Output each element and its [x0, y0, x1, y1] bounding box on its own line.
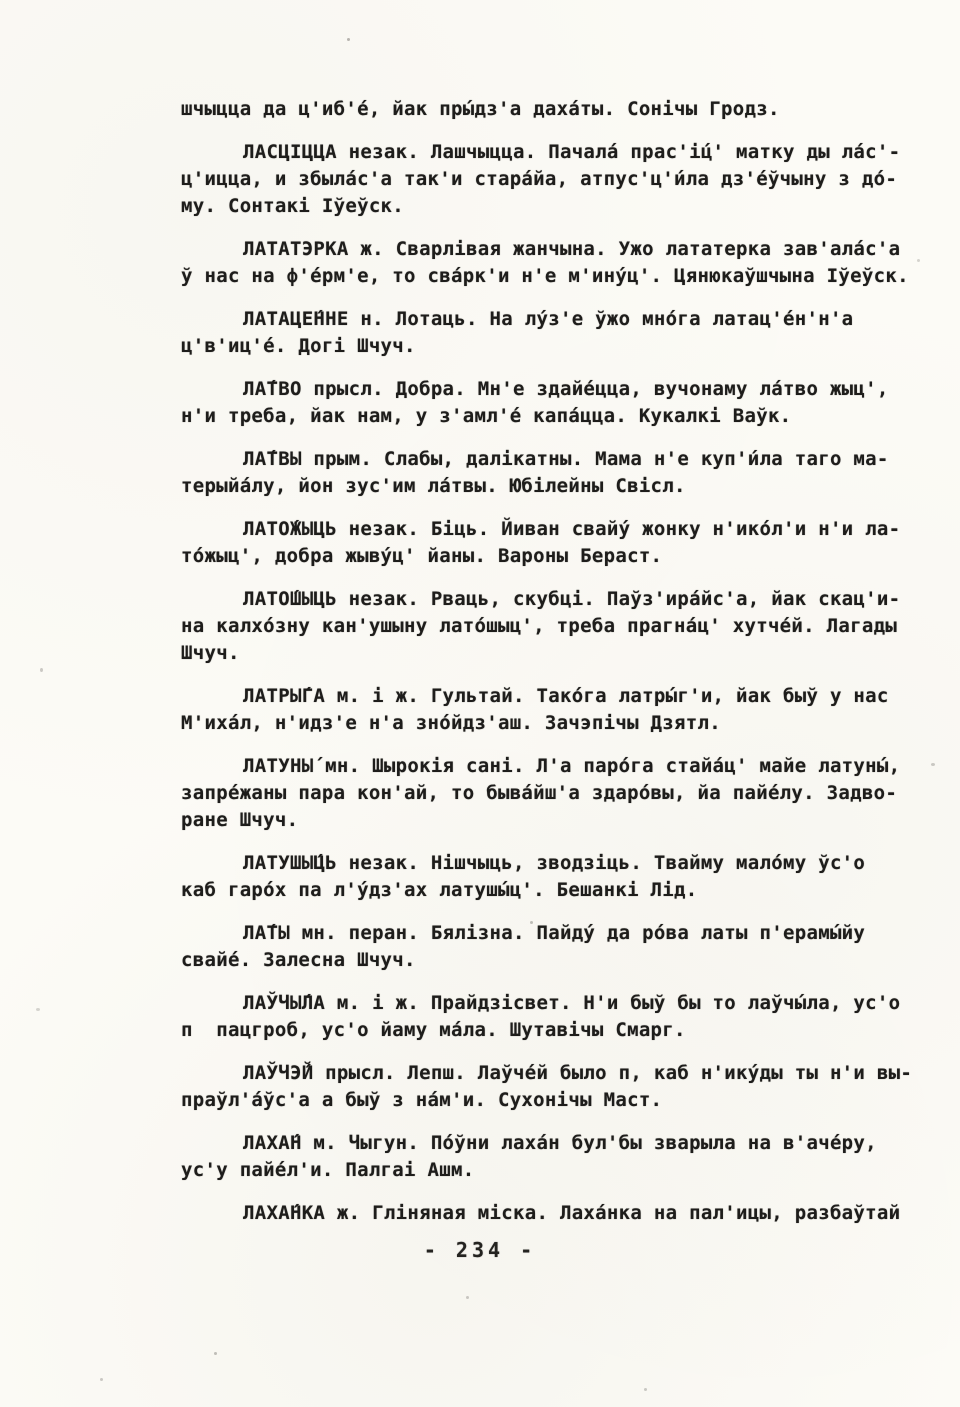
text-line: ЛАТРЫ́ГА м. і ж. Гультай. Тако́га латры́… — [181, 683, 941, 710]
paper-speck — [36, 1008, 40, 1011]
text-line: ЛАТАТЭРКА ж. Сварлівая жанчына. Ужо лата… — [181, 236, 941, 263]
text-line: Шчуч. — [181, 640, 941, 667]
dictionary-entry: ЛА́ТВО прысл. Добра. Мн'е здайе́цца, вуч… — [181, 376, 941, 430]
text-line: то́жыц', добра жыву́ц' йаны. Вароны Бера… — [181, 543, 941, 570]
dictionary-entry: ЛАТО́ЖЫЦЬ незак. Біць. Йиван свайу́ жонк… — [181, 516, 941, 570]
text-line: ЛА́ТЫ мн. перан. Бялізна. Пайду́ да ро́в… — [181, 920, 941, 947]
scanned-dictionary-page: шчыцца да ц'иб'е́, йак пры́дз'а даха́ты.… — [0, 0, 960, 1407]
paper-speck — [100, 1378, 103, 1381]
text-line: терыйа́лу, йон зус'им ла́твы. Юбілейны С… — [181, 473, 941, 500]
paper-speck — [347, 38, 350, 41]
paper-speck — [40, 668, 43, 672]
text-line: н'и треба, йак нам, у з'амл'е́ капа́цца.… — [181, 403, 941, 430]
dictionary-entry: ЛАСЦІЦЦА незак. Лашчыцца. Пачала́ прас'і… — [181, 139, 941, 220]
text-line: ЛАХА́Н м. Чыгун. По́ўни лаха́н бул'бы зв… — [181, 1130, 941, 1157]
text-line: ЛАТО́ШЫЦЬ незак. Рваць, скубці. Паўз'ира… — [181, 586, 941, 613]
paper-speck — [214, 1352, 217, 1355]
paper-speck — [644, 1388, 647, 1391]
text-line: ц'в'иц'е́. Догі Шчуч. — [181, 333, 941, 360]
text-line: ЛАТУШЫ́ЦЬ незак. Нішчыць, зводзіць. Твай… — [181, 850, 941, 877]
text-line: ЛА́ТВЫ прым. Слабы, далікатны. Мама н'е … — [181, 446, 941, 473]
dictionary-entry: ЛАТАТЭРКА ж. Сварлівая жанчына. Ужо лата… — [181, 236, 941, 290]
dictionary-entry: ЛАТО́ШЫЦЬ незак. Рваць, скубці. Паўз'ира… — [181, 586, 941, 667]
dictionary-entry: ЛАХА́Н м. Чыгун. По́ўни лаха́н бул'бы зв… — [181, 1130, 941, 1184]
dictionary-entry: ЛАТРЫ́ГА м. і ж. Гультай. Тако́га латры́… — [181, 683, 941, 737]
dictionary-entry: ЛА́ТВЫ прым. Слабы, далікатны. Мама н'е … — [181, 446, 941, 500]
dictionary-entry: ЛАТУШЫ́ЦЬ незак. Нішчыць, зводзіць. Твай… — [181, 850, 941, 904]
text-line: свайе́. Залесна Шчуч. — [181, 947, 941, 974]
dictionary-entry: ЛАТУНЫ́ мн. Шырокія сані. Л'а паро́га ст… — [181, 753, 941, 834]
paper-speck — [466, 1296, 469, 1299]
paper-speck — [530, 921, 533, 924]
paper-speck — [917, 259, 920, 262]
text-line: му. Сонтакі Іўеўск. — [181, 193, 941, 220]
text-line: праўл'а́ўс'а а быў з на́м'и. Сухонічы Ма… — [181, 1087, 941, 1114]
continuation-paragraph: шчыцца да ц'иб'е́, йак пры́дз'а даха́ты.… — [181, 96, 941, 123]
text-line: ЛАЎЧЫ́ЛА м. і ж. Прайдзісвет. Н'и быў бы… — [181, 990, 941, 1017]
text-line: ЛАХА́НКА ж. Гліняная міска. Лаха́нка на … — [181, 1200, 941, 1227]
text-line: каб гаро́х па л'у́дз'ах латушы́ц'. Бешан… — [181, 877, 941, 904]
dictionary-entry: ЛАЎЧЭ́Й прысл. Лепш. Лаўче́й было п, каб… — [181, 1060, 941, 1114]
text-line: ЛАТАЦЕ́ННЕ н. Лотаць. На лу́з'е ўжо мно́… — [181, 306, 941, 333]
text-line: ў нас на ф'е́рм'е, то сва́рк'и н'е м'ину… — [181, 263, 941, 290]
text-line: п пацгроб, ус'о йаму ма́ла. Шутавічы Сма… — [181, 1017, 941, 1044]
text-line: на калхо́зну кан'ушыну лато́шыц', треба … — [181, 613, 941, 640]
dictionary-entry: ЛА́ТЫ мн. перан. Бялізна. Пайду́ да ро́в… — [181, 920, 941, 974]
text-line: шчыцца да ц'иб'е́, йак пры́дз'а даха́ты.… — [181, 96, 941, 123]
page-number: - 234 - — [0, 1238, 960, 1262]
text-line: ц'ицца, и збыла́с'а так'и стара́йа, атпу… — [181, 166, 941, 193]
text-line: ЛАТУНЫ́ мн. Шырокія сані. Л'а паро́га ст… — [181, 753, 941, 780]
text-line: ЛА́ТВО прысл. Добра. Мн'е здайе́цца, вуч… — [181, 376, 941, 403]
text-block: шчыцца да ц'иб'е́, йак пры́дз'а даха́ты.… — [181, 96, 941, 1227]
text-line: ране Шчуч. — [181, 807, 941, 834]
text-line: ЛАТО́ЖЫЦЬ незак. Біць. Йиван свайу́ жонк… — [181, 516, 941, 543]
text-line: ЛАЎЧЭ́Й прысл. Лепш. Лаўче́й было п, каб… — [181, 1060, 941, 1087]
dictionary-entry: ЛАХА́НКА ж. Гліняная міска. Лаха́нка на … — [181, 1200, 941, 1227]
dictionary-entry: ЛАТАЦЕ́ННЕ н. Лотаць. На лу́з'е ўжо мно́… — [181, 306, 941, 360]
text-line: М'иха́л, н'идз'е н'а зно́йдз'аш. Зачэпіч… — [181, 710, 941, 737]
text-line: ЛАСЦІЦЦА незак. Лашчыцца. Пачала́ прас'і… — [181, 139, 941, 166]
dictionary-entry: ЛАЎЧЫ́ЛА м. і ж. Прайдзісвет. Н'и быў бы… — [181, 990, 941, 1044]
paper-speck — [931, 763, 935, 766]
text-line: запре́жаны пара кон'ай, то быва́йш'а зда… — [181, 780, 941, 807]
text-line: ус'у пайе́л'и. Палгаі Ашм. — [181, 1157, 941, 1184]
